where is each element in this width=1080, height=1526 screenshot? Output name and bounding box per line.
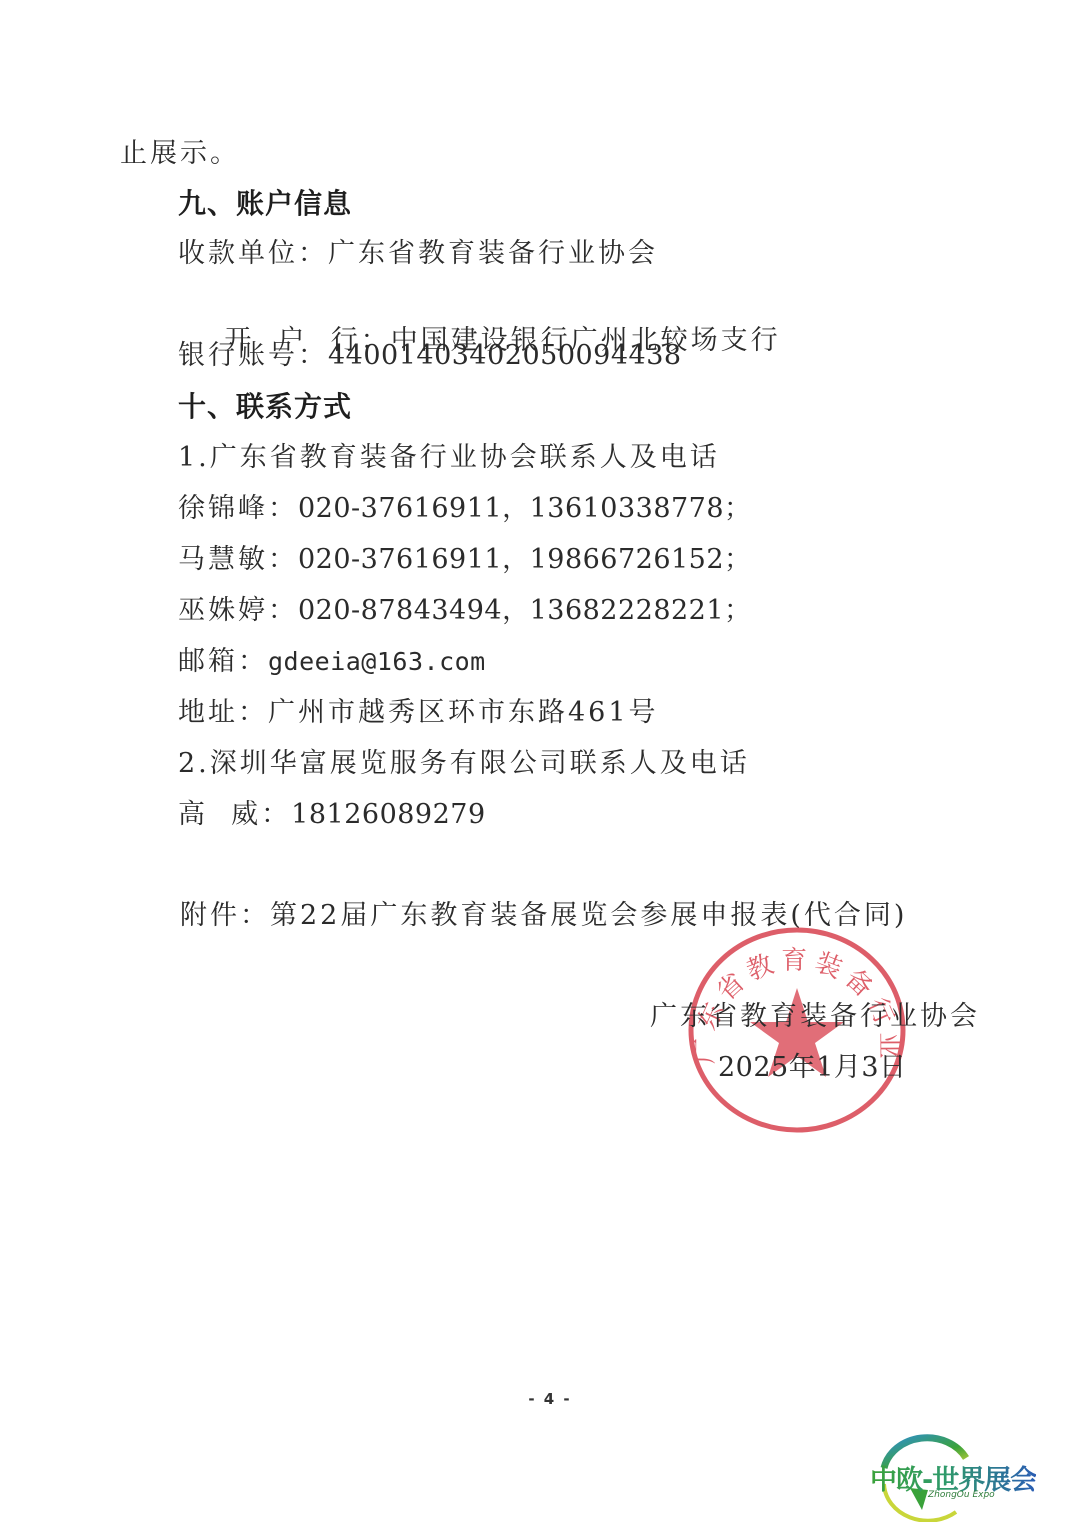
contact2-phone: 18126089279 — [291, 799, 485, 830]
document-page: 止展示。 九、账户信息 收款单位：广东省教育装备行业协会 开 户 行：中国建设银… — [0, 0, 1080, 1526]
section-heading-contact: 十、联系方式 — [178, 389, 352, 425]
account-row: 银行账号：44001403402050094438 — [178, 338, 682, 374]
signature-date: 2025年1月3日 — [718, 1050, 907, 1086]
contact-row: 马慧敏：020-37616911，19866726152； — [178, 542, 752, 578]
svg-text:广东省教育装备行业协会: 广东省教育装备行业协会 — [686, 926, 904, 1064]
account-label: 银行账号： — [178, 340, 328, 371]
attachment-row: 附件：第22届广东教育装备展览会参展申报表(代合同) — [180, 898, 907, 934]
contact-group-1-title: 1.广东省教育装备行业协会联系人及电话 — [178, 440, 720, 476]
continuation-text: 止展示。 — [120, 136, 240, 172]
contact-phones: 020-37616911，19866726152； — [298, 544, 752, 575]
payee-row: 收款单位：广东省教育装备行业协会 — [178, 236, 658, 272]
email-label: 邮箱： — [178, 646, 268, 677]
zhongou-expo-logo: 中欧-世界展会 ZhongOu Expo — [866, 1428, 1076, 1522]
contact-name: 徐锦峰： — [178, 493, 298, 524]
contact-group-2-title: 2.深圳华富展览服务有限公司联系人及电话 — [178, 746, 750, 782]
contact-name: 马慧敏： — [178, 544, 298, 575]
attachment-value: 第22届广东教育装备展览会参展申报表(代合同) — [270, 900, 907, 931]
logo-subtitle: ZhongOu Expo — [928, 1490, 995, 1500]
email-value: gdeeia@163.com — [268, 647, 486, 676]
payee-label: 收款单位： — [178, 238, 328, 269]
email-row: 邮箱：gdeeia@163.com — [178, 644, 486, 680]
contact2-name: 高 威： — [178, 799, 291, 830]
attachment-label: 附件： — [180, 900, 270, 931]
contact-name: 巫姝婷： — [178, 595, 298, 626]
address-label: 地址： — [178, 697, 268, 728]
page-number: - 4 - — [520, 1390, 580, 1408]
payee-value: 广东省教育装备行业协会 — [328, 238, 658, 269]
contact-row-2: 高 威：18126089279 — [178, 797, 486, 833]
contact-phones: 020-87843494，13682228221； — [298, 595, 752, 626]
address-row: 地址：广州市越秀区环市东路461号 — [178, 695, 659, 731]
address-value: 广州市越秀区环市东路461号 — [268, 697, 659, 728]
section-heading-account-info: 九、账户信息 — [178, 186, 352, 222]
contact-phones: 020-37616911，13610338778； — [298, 493, 752, 524]
contact-row: 徐锦峰：020-37616911，13610338778； — [178, 491, 752, 527]
signature-organization: 广东省教育装备行业协会 — [650, 999, 980, 1035]
contact-row: 巫姝婷：020-87843494，13682228221； — [178, 593, 752, 629]
account-value: 44001403402050094438 — [328, 340, 682, 371]
